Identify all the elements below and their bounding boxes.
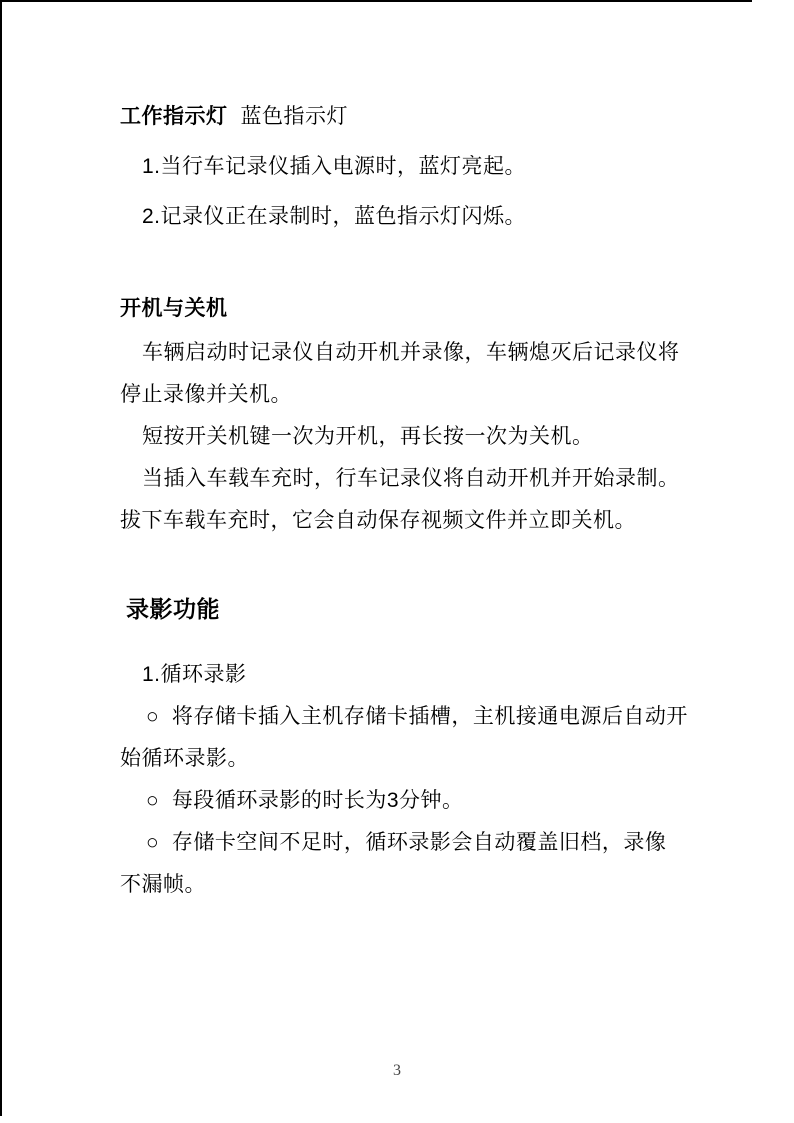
paragraph-line: 始循环录影。 [120,738,690,780]
section-heading-recording: 录影功能 [126,588,690,630]
bullet-line: ○ 每段循环录影的时长为3分钟。 [146,780,690,822]
subheading-loop-recording: 1.循环录影 [142,654,690,696]
page-edge-left-line [0,0,2,1116]
paragraph-line: 2.记录仪正在录制时，蓝色指示灯闪烁。 [142,196,690,238]
paragraph-line: 1.当行车记录仪插入电源时，蓝灯亮起。 [142,146,690,188]
paragraph-line: 当插入车载车充时，行车记录仪将自动开机并开始录制。 [142,458,690,500]
paragraph-line: 不漏帧。 [120,864,690,906]
document-page: 工作指示灯蓝色指示灯 1.当行车记录仪插入电源时，蓝灯亮起。 2.记录仪正在录制… [0,0,794,1123]
section-heading-power: 开机与关机 [120,288,690,330]
paragraph-line: 停止录像并关机。 [120,374,690,416]
bullet-line: ○ 将存储卡插入主机存储卡插槽，主机接通电源后自动开 [146,696,690,738]
paragraph-line: 车辆启动时记录仪自动开机并录像，车辆熄灭后记录仪将 [142,332,690,374]
heading-subtitle-text: 蓝色指示灯 [241,105,349,128]
page-number: 3 [0,1062,794,1080]
paragraph-line: 短按开关机键一次为开机，再长按一次为关机。 [142,416,690,458]
section-heading-indicator-light: 工作指示灯蓝色指示灯 [120,96,690,138]
page-content: 工作指示灯蓝色指示灯 1.当行车记录仪插入电源时，蓝灯亮起。 2.记录仪正在录制… [120,96,690,906]
bullet-line: ○ 存储卡空间不足时，循环录影会自动覆盖旧档，录像 [146,822,690,864]
heading-bold-text: 工作指示灯 [120,105,228,128]
paragraph-line: 拔下车载车充时，它会自动保存视频文件并立即关机。 [120,500,690,542]
page-edge-top-line [0,0,752,2]
